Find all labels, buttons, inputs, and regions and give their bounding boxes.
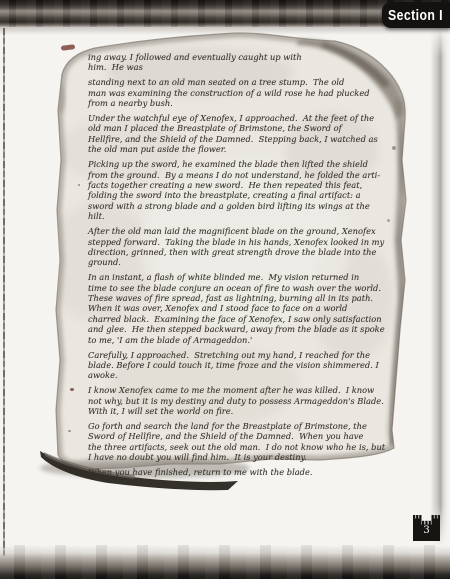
scroll-paragraph: standing next to an old man seated on a … xyxy=(88,77,414,108)
scroll-paragraph: Under the watchful eye of Xenofex, I app… xyxy=(88,113,414,155)
scanned-guide-page: Section I ing away. I followed and event… xyxy=(0,0,450,579)
page-number: 3 xyxy=(413,524,440,538)
scroll-paragraph: Carefully, I approached. Stretching out … xyxy=(88,350,414,381)
ink-speck xyxy=(70,388,74,391)
ink-speck xyxy=(392,146,396,150)
scroll-paragraph: I know Xenofex came to me the moment aft… xyxy=(88,385,414,416)
scroll-text-block: ing away. I followed and eventually caug… xyxy=(88,52,414,482)
ink-speck xyxy=(68,430,71,432)
scroll-paragraph: ing away. I followed and eventually caug… xyxy=(88,52,414,73)
section-label: Section I xyxy=(389,7,444,24)
scroll-paragraph: After the old man laid the magnificent b… xyxy=(88,226,414,268)
section-banner: Section I xyxy=(382,2,450,28)
scroll-paragraph: Go forth and search the land for the Bre… xyxy=(88,421,414,463)
scroll-paragraph: When you have finished, return to me wit… xyxy=(88,467,414,477)
castle-page-marker: 3 xyxy=(413,515,440,541)
ink-speck xyxy=(387,219,390,222)
scroll-paragraph: In an instant, a flash of white blinded … xyxy=(88,272,414,345)
ink-speck xyxy=(78,184,80,186)
page-bottom-scan-edge xyxy=(0,545,450,579)
scroll-paragraph: Picking up the sword, he examined the bl… xyxy=(88,159,414,221)
